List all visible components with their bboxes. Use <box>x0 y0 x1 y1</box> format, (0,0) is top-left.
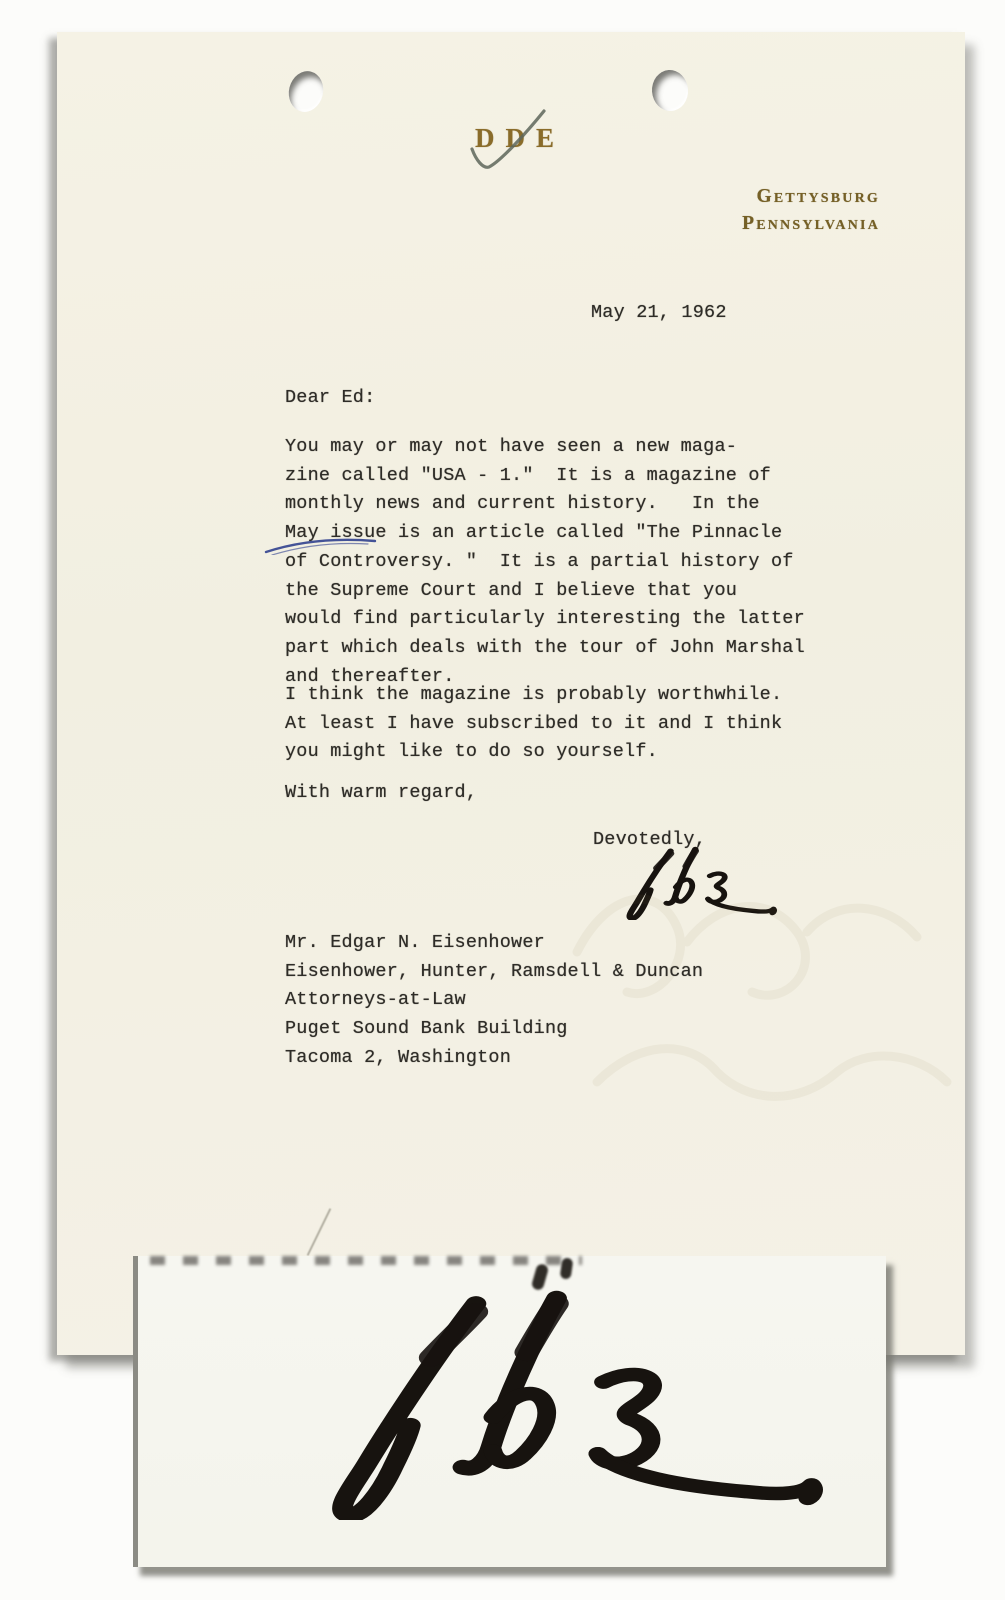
closing-text: With warm regard, <box>285 779 477 808</box>
para1-line1: You may or may not have seen a new maga- <box>285 433 805 462</box>
signature-enlargement-inset <box>133 1256 886 1567</box>
scanned-letter-screenshot: { "letterhead": { "monogram": "DDE", "ci… <box>0 0 1005 1600</box>
recipient-building: Puget Sound Bank Building <box>285 1015 703 1044</box>
recipient-address-block: Mr. Edgar N. Eisenhower Eisenhower, Hunt… <box>285 929 703 1073</box>
recipient-title: Attorneys-at-Law <box>285 986 703 1015</box>
signature-scrawl-enlarged <box>236 1282 836 1520</box>
para2-line2: At least I have subscribed to it and I t… <box>285 710 782 739</box>
recipient-firm: Eisenhower, Hunter, Ramsdell & Duncan <box>285 958 703 987</box>
body-paragraph-2: I think the magazine is probably worthwh… <box>285 681 782 767</box>
para2-line3: you might like to do so yourself. <box>285 738 782 767</box>
letterhead-address: Gettysburg Pennsylvania <box>560 184 880 237</box>
date-line: May 21, 1962 <box>591 299 727 328</box>
body-paragraph-1: You may or may not have seen a new maga-… <box>285 433 805 691</box>
punch-hole-right <box>651 69 690 112</box>
inset-magnified-text-sliver <box>150 1256 582 1265</box>
date-text: May 21, 1962 <box>591 299 727 328</box>
para1-line7: would find particularly interesting the … <box>285 605 805 634</box>
closing-line: With warm regard, <box>285 779 477 808</box>
salutation-text: Dear Ed: <box>285 384 375 413</box>
letterhead-city: Gettysburg <box>560 184 880 211</box>
para1-line8: part which deals with the tour of John M… <box>285 634 805 663</box>
punch-hole-left <box>285 67 328 115</box>
letterhead-state: Pennsylvania <box>560 211 880 238</box>
para1-line3: monthly news and current history. In the <box>285 490 805 519</box>
para1-line2: zine called "USA - 1." It is a magazine … <box>285 462 805 491</box>
para2-line1: I think the magazine is probably worthwh… <box>285 681 782 710</box>
recipient-city: Tacoma 2, Washington <box>285 1044 703 1073</box>
letter-page: DDE Gettysburg Pennsylvania May 21, 1962… <box>57 32 965 1355</box>
para1-line6: the Supreme Court and I believe that you <box>285 577 805 606</box>
salutation: Dear Ed: <box>285 384 375 413</box>
recipient-name: Mr. Edgar N. Eisenhower <box>285 929 703 958</box>
blue-underline-mark <box>260 530 385 555</box>
inset-ink-dot-2 <box>560 1257 574 1279</box>
check-mark-pen-stroke <box>455 98 565 188</box>
stray-pencil-mark <box>307 1208 332 1256</box>
